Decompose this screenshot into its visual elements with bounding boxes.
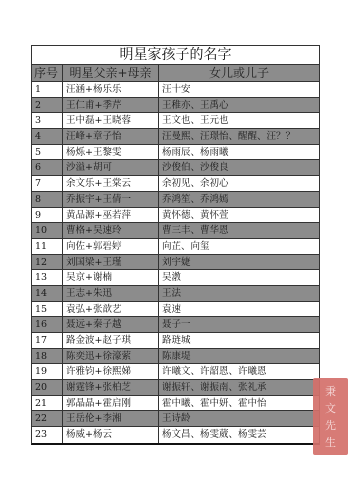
seal-char: 先 xyxy=(325,417,336,434)
row-children: 余初见、余初心 xyxy=(159,176,319,191)
row-parents: 王志+朱迅 xyxy=(63,286,159,301)
children-names-table: 明星家孩子的名字 序号 明星父亲+母亲 女儿或儿子 1汪涵+杨乐乐汪十安2王仁甫… xyxy=(31,45,320,445)
row-children: 王法 xyxy=(159,286,319,301)
row-children: 乔鸿笙、乔鸿嫣 xyxy=(159,192,319,207)
row-no: 5 xyxy=(32,145,63,160)
row-parents: 沙溢+胡可 xyxy=(63,160,159,175)
row-no: 20 xyxy=(32,380,63,395)
row-no: 22 xyxy=(32,411,63,426)
row-children: 路琏城 xyxy=(159,333,319,348)
row-children: 王诗龄 xyxy=(159,411,319,426)
row-no: 4 xyxy=(32,129,63,144)
header-children: 女儿或儿子 xyxy=(159,65,319,81)
row-no: 2 xyxy=(32,98,63,113)
row-no: 19 xyxy=(32,364,63,379)
row-children: 袁速 xyxy=(159,302,319,317)
row-no: 14 xyxy=(32,286,63,301)
row-no: 10 xyxy=(32,223,63,238)
table-row: 13吴京+谢楠吴漖 xyxy=(32,270,319,286)
table-row: 19许雅钧+徐熙娣许曦文、许韶恩、许曦恩 xyxy=(32,364,319,380)
seal-char: 生 xyxy=(325,434,336,451)
row-children: 谢振轩、谢振南、张礼承 xyxy=(159,380,319,395)
row-no: 8 xyxy=(32,192,63,207)
header-parents: 明星父亲+母亲 xyxy=(63,65,159,81)
row-children: 吴漖 xyxy=(159,270,319,285)
table-row: 4汪峰+章子怡汪曼熙、汪璟怡、醒醒、汪？？ xyxy=(32,129,319,145)
table-row: 23杨威+杨云杨文昌、杨雯葳、杨雯芸 xyxy=(32,427,319,443)
row-parents: 向佐+郭碧婷 xyxy=(63,239,159,254)
row-children: 向芷、向玺 xyxy=(159,239,319,254)
table-row: 12刘国梁+王瑾刘宇婕 xyxy=(32,255,319,271)
table-row: 3王中磊+王晓蓉王文也、王元也 xyxy=(32,113,319,129)
table-row: 18陈奕迅+徐濠萦陈康堤 xyxy=(32,349,319,365)
row-parents: 路金波+赵子琪 xyxy=(63,333,159,348)
row-parents: 王岳伦+李湘 xyxy=(63,411,159,426)
table-row: 8乔振宇+王倩一乔鸿笙、乔鸿嫣 xyxy=(32,192,319,208)
row-children: 聂子一 xyxy=(159,317,319,332)
row-parents: 聂远+秦子越 xyxy=(63,317,159,332)
table-header-row: 序号 明星父亲+母亲 女儿或儿子 xyxy=(32,65,319,82)
row-no: 7 xyxy=(32,176,63,191)
row-parents: 谢霆锋+张柏芝 xyxy=(63,380,159,395)
row-parents: 曹格+吴速玲 xyxy=(63,223,159,238)
row-children: 曹三丰、曹华恩 xyxy=(159,223,319,238)
row-children: 杨雨辰、杨雨曦 xyxy=(159,145,319,160)
table-row: 20谢霆锋+张柏芝谢振轩、谢振南、张礼承 xyxy=(32,380,319,396)
row-parents: 陈奕迅+徐濠萦 xyxy=(63,349,159,364)
row-no: 13 xyxy=(32,270,63,285)
table-row: 17路金波+赵子琪路琏城 xyxy=(32,333,319,349)
table-row: 14王志+朱迅王法 xyxy=(32,286,319,302)
header-no: 序号 xyxy=(32,65,63,81)
seal-char: 文 xyxy=(325,400,336,417)
seal-char: 秉 xyxy=(325,383,336,400)
row-children: 汪十安 xyxy=(159,82,319,97)
row-children: 沙俊伯、沙俊良 xyxy=(159,160,319,175)
row-no: 18 xyxy=(32,349,63,364)
table-row: 6沙溢+胡可沙俊伯、沙俊良 xyxy=(32,160,319,176)
row-parents: 杨烁+王黎雯 xyxy=(63,145,159,160)
table-title: 明星家孩子的名字 xyxy=(32,46,319,65)
table-row: 5杨烁+王黎雯杨雨辰、杨雨曦 xyxy=(32,145,319,161)
row-children: 汪曼熙、汪璟怡、醒醒、汪？？ xyxy=(159,129,319,144)
table-row: 15袁弘+张歆艺袁速 xyxy=(32,302,319,318)
row-parents: 刘国梁+王瑾 xyxy=(63,255,159,270)
row-no: 15 xyxy=(32,302,63,317)
row-no: 12 xyxy=(32,255,63,270)
row-children: 霍中曦、霍中妍、霍中怡 xyxy=(159,396,319,411)
table-row: 1汪涵+杨乐乐汪十安 xyxy=(32,82,319,98)
table-row: 7余文乐+王棠云余初见、余初心 xyxy=(32,176,319,192)
row-no: 23 xyxy=(32,427,63,443)
row-parents: 郭晶晶+霍启刚 xyxy=(63,396,159,411)
row-no: 21 xyxy=(32,396,63,411)
row-no: 3 xyxy=(32,113,63,128)
row-parents: 吴京+谢楠 xyxy=(63,270,159,285)
table-row: 11向佐+郭碧婷向芷、向玺 xyxy=(32,239,319,255)
row-children: 陈康堤 xyxy=(159,349,319,364)
row-parents: 许雅钧+徐熙娣 xyxy=(63,364,159,379)
table-row: 10曹格+吴速玲曹三丰、曹华恩 xyxy=(32,223,319,239)
row-no: 11 xyxy=(32,239,63,254)
row-parents: 杨威+杨云 xyxy=(63,427,159,443)
row-parents: 黄品源+巫若萍 xyxy=(63,208,159,223)
row-no: 17 xyxy=(32,333,63,348)
row-no: 9 xyxy=(32,208,63,223)
row-children: 刘宇婕 xyxy=(159,255,319,270)
table-row: 9黄品源+巫若萍黄怀德、黄怀萱 xyxy=(32,208,319,224)
row-children: 王文也、王元也 xyxy=(159,113,319,128)
row-parents: 汪涵+杨乐乐 xyxy=(63,82,159,97)
row-parents: 乔振宇+王倩一 xyxy=(63,192,159,207)
row-parents: 汪峰+章子怡 xyxy=(63,129,159,144)
table-row: 22王岳伦+李湘王诗龄 xyxy=(32,411,319,427)
row-parents: 袁弘+张歆艺 xyxy=(63,302,159,317)
table-body: 1汪涵+杨乐乐汪十安2王仁甫+季芹王稚亦、王禹心3王中磊+王晓蓉王文也、王元也4… xyxy=(32,82,319,443)
row-children: 黄怀德、黄怀萱 xyxy=(159,208,319,223)
row-parents: 王仁甫+季芹 xyxy=(63,98,159,113)
row-parents: 王中磊+王晓蓉 xyxy=(63,113,159,128)
row-children: 王稚亦、王禹心 xyxy=(159,98,319,113)
seal-stamp: 秉 文 先 生 xyxy=(313,378,348,455)
row-children: 杨文昌、杨雯葳、杨雯芸 xyxy=(159,427,319,443)
row-no: 16 xyxy=(32,317,63,332)
row-parents: 余文乐+王棠云 xyxy=(63,176,159,191)
row-children: 许曦文、许韶恩、许曦恩 xyxy=(159,364,319,379)
row-no: 1 xyxy=(32,82,63,97)
row-no: 6 xyxy=(32,160,63,175)
table-row: 16聂远+秦子越聂子一 xyxy=(32,317,319,333)
table-row: 21郭晶晶+霍启刚霍中曦、霍中妍、霍中怡 xyxy=(32,396,319,412)
table-row: 2王仁甫+季芹王稚亦、王禹心 xyxy=(32,98,319,114)
